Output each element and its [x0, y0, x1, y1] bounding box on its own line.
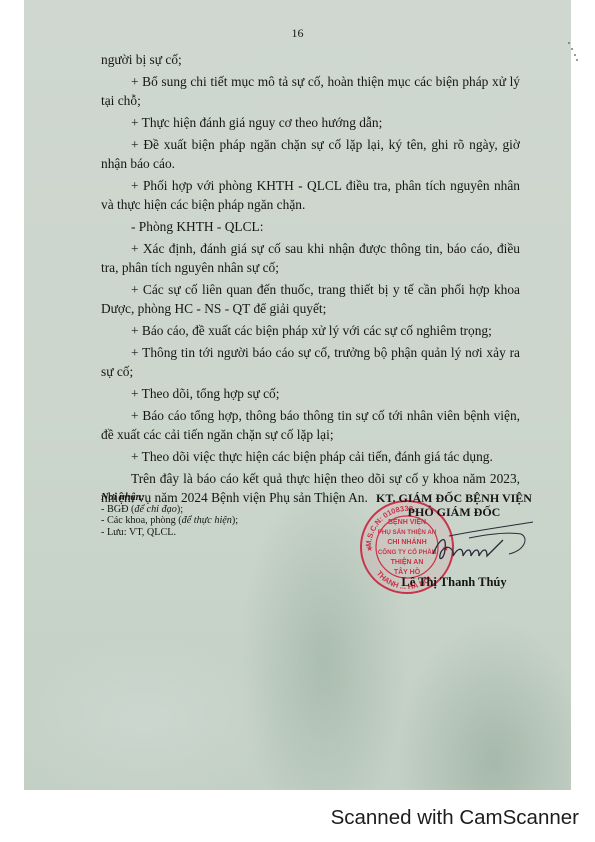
paragraph: + Bổ sung chi tiết mục mô tả sự cố, hoàn… [101, 72, 520, 110]
recipient-item: - BGĐ (để chỉ đạo); [101, 504, 301, 516]
camscanner-watermark: Scanned with CamScanner [331, 806, 579, 830]
paragraph: + Theo dõi việc thực hiện các biện pháp … [101, 447, 520, 466]
recipient-note: để chỉ đạo [134, 504, 176, 515]
recipient-main: - Các khoa, phòng ( [101, 515, 182, 526]
paragraph: + Thực hiện đánh giá nguy cơ theo hướng … [101, 113, 520, 132]
recipient-tail: ); [232, 515, 238, 526]
paragraph: người bị sự cố; [101, 50, 520, 69]
paragraph: + Theo dõi, tổng hợp sự cố; [101, 384, 520, 403]
scan-specks-icon [567, 40, 579, 64]
page-number: 16 [24, 26, 571, 41]
paragraph: + Các sự cố liên quan đến thuốc, trang t… [101, 280, 520, 318]
paragraph: + Đề xuất biện pháp ngăn chặn sự cố lặp … [101, 135, 520, 173]
paragraph: + Phối hợp với phòng KHTH - QLCL điều tr… [101, 176, 520, 214]
recipient-item: - Các khoa, phòng (để thực hiện); [101, 515, 301, 527]
handwritten-signature-icon [429, 520, 539, 570]
paragraph: + Báo cáo, đề xuất các biện pháp xử lý v… [101, 321, 520, 340]
recipients-title: Nơi nhận: [101, 492, 301, 504]
signature-title: KT. GIÁM ĐỐC BỆNH VIỆN [354, 491, 554, 505]
recipients-block: Nơi nhận: - BGĐ (để chỉ đạo); - Các khoa… [101, 492, 301, 538]
signer-name: Lê Thị Thanh Thúy [354, 575, 554, 589]
recipient-main: - BGĐ ( [101, 504, 134, 515]
recipient-main: - Lưu: VT, QLCL. [101, 527, 176, 538]
paragraph: + Báo cáo tổng hợp, thông báo thông tin … [101, 406, 520, 444]
document-body: người bị sự cố;+ Bổ sung chi tiết mục mô… [101, 50, 520, 510]
recipient-item: - Lưu: VT, QLCL. [101, 527, 301, 539]
recipient-tail: ); [177, 504, 183, 515]
paragraph: - Phòng KHTH - QLCL: [101, 217, 520, 236]
paragraph: + Xác định, đánh giá sự cố sau khi nhận … [101, 239, 520, 277]
recipient-note: để thực hiện [182, 515, 232, 526]
scanned-page: 16 người bị sự cố;+ Bổ sung chi tiết mục… [24, 0, 571, 790]
paragraph: + Thông tin tới người báo cáo sự cố, trư… [101, 343, 520, 381]
signature-subtitle: PHÓ GIÁM ĐỐC [354, 505, 554, 519]
